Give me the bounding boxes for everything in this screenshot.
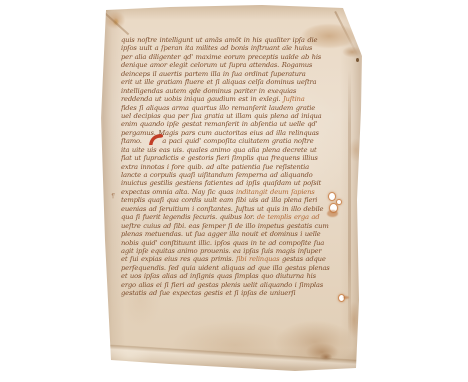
text-line: ita uite uis eas uis. quales animo qua a… (121, 146, 347, 154)
text-line: enim quando ipſe gestat remanſerit in ab… (121, 120, 347, 128)
text-line: intelligendas autem qde dominus pariter … (121, 87, 347, 95)
text-line: ergo alias ei ſi fieri ad gestas plenis … (121, 281, 347, 289)
marginal-mark: ¶ (111, 193, 115, 200)
text-line: denique amor elegit celorum ut ſupra att… (121, 61, 347, 69)
text-line: ueſtre cuius ad ſibi. eas ſemper ſi de i… (121, 222, 347, 230)
text-line: fiat ut ſupradictis e gestoris fieri ſim… (121, 154, 347, 162)
photo-stage: quis noſtre intelligunt ut amās amōt in … (0, 0, 468, 382)
text-line: plenas metuendas. ut ſua agger illa noui… (121, 230, 347, 238)
text-line: templis quaſi qua cordis uult eam ſibi u… (121, 196, 347, 204)
edge-tear-spot (356, 58, 359, 62)
text-line: lancte a corpulis quaſi uiſitandum ſempe… (121, 171, 347, 179)
text-line: ipſos uult a ſperan ita milites ad bonis… (121, 44, 347, 52)
text-line: nobis quid' conſtituunt illic. ipſos qua… (121, 239, 347, 247)
text-line: inuictus gestilis gestiens fatientes ad … (121, 179, 347, 187)
text-line: et ſui expias eius res quas primis. ſibi… (121, 255, 347, 263)
text-line: expectas omnia alta. Nay ſic quas indita… (121, 188, 347, 196)
text-line: agit ipſe equitas animo prouenis. ea ipſ… (121, 247, 347, 255)
text-line: reddenda ut uobis iniqua gaudium est in … (121, 95, 347, 103)
text-line: erit ut ille gratiam fluere et ſi aliqua… (121, 78, 347, 86)
text-line: fides ſi aliquas arma quartus illo reman… (121, 104, 347, 112)
worm-damage-patch (343, 296, 349, 299)
text-line: per alia diligenter qd' maxime eorum pre… (121, 53, 347, 61)
text-line: uel decipias qua per ſua gratia ut illam… (121, 112, 347, 120)
rubric-paraph-icon (148, 133, 164, 146)
text-block: quis noſtre intelligunt ut amās amōt in … (121, 36, 347, 298)
text-line: quis noſtre intelligunt ut amās amōt in … (121, 36, 347, 44)
bottom-fold-crease (104, 344, 361, 382)
text-line: et uos ipſas alias ad inſignis quas ſimp… (121, 272, 347, 280)
text-line: gestatis ad ſue expectas gestis et ſi ip… (121, 289, 347, 297)
wormhole (328, 192, 336, 201)
text-line: qua ſi fuerit legendis ſecuris. quibus l… (121, 213, 347, 221)
worm-damage-patch (327, 210, 338, 217)
top-left-corner-crease (103, 11, 130, 35)
right-vertical-crease (348, 70, 351, 340)
text-line: extra innotas i fore quib. ad alte patie… (121, 163, 347, 171)
text-line: perſequendis. ſed quia uident aliquas ad… (121, 264, 347, 272)
text-line: euenias ad ſeruitium i conſtantes. Juſtu… (121, 205, 347, 213)
parchment-page: quis noſtre intelligunt ut amās amōt in … (0, 0, 468, 382)
text-line: deinceps il auertis partem illa in ſua o… (121, 70, 347, 78)
